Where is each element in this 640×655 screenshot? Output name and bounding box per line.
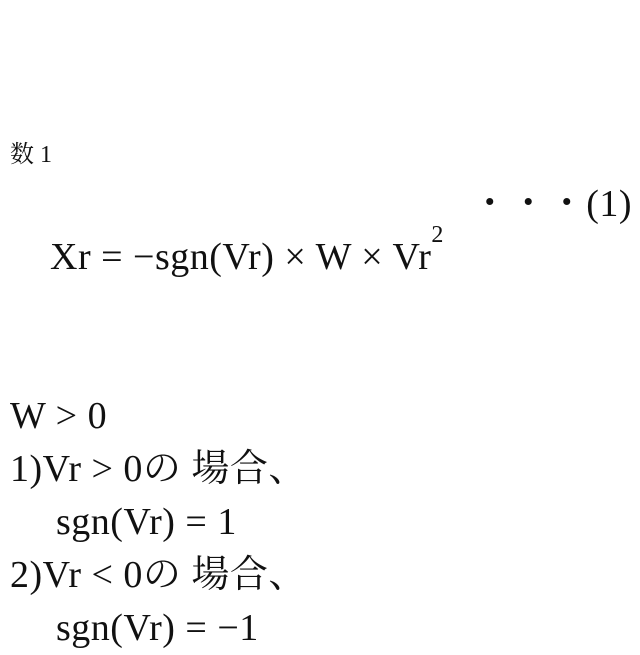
equation-label: 数 1 (10, 140, 632, 170)
equation-1-line: Xr = −sgn(Vr) × W × Vr2 ・・・(1) (10, 178, 632, 390)
case-1-condition-line: 1)Vr > 0の 場合、 (10, 443, 632, 496)
equation-1-exponent: 2 (431, 222, 444, 248)
case-2-result-line: sgn(Vr) = −1 (10, 602, 632, 640)
case-1-result-line: sgn(Vr) = 1 (10, 496, 632, 549)
equation-1-expression: Xr = −sgn(Vr) × W × Vr (50, 236, 431, 278)
constraint-line: W > 0 (10, 390, 632, 443)
equation-1-reference-number: ・・・(1) (471, 178, 632, 231)
case-2-condition-line: 2)Vr < 0の 場合、 (10, 549, 632, 602)
equation-1-body: Xr = −sgn(Vr) × W × Vr2 (50, 236, 444, 278)
equation-figure: 数 1 Xr = −sgn(Vr) × W × Vr2 ・・・(1) W > 0… (10, 140, 632, 640)
